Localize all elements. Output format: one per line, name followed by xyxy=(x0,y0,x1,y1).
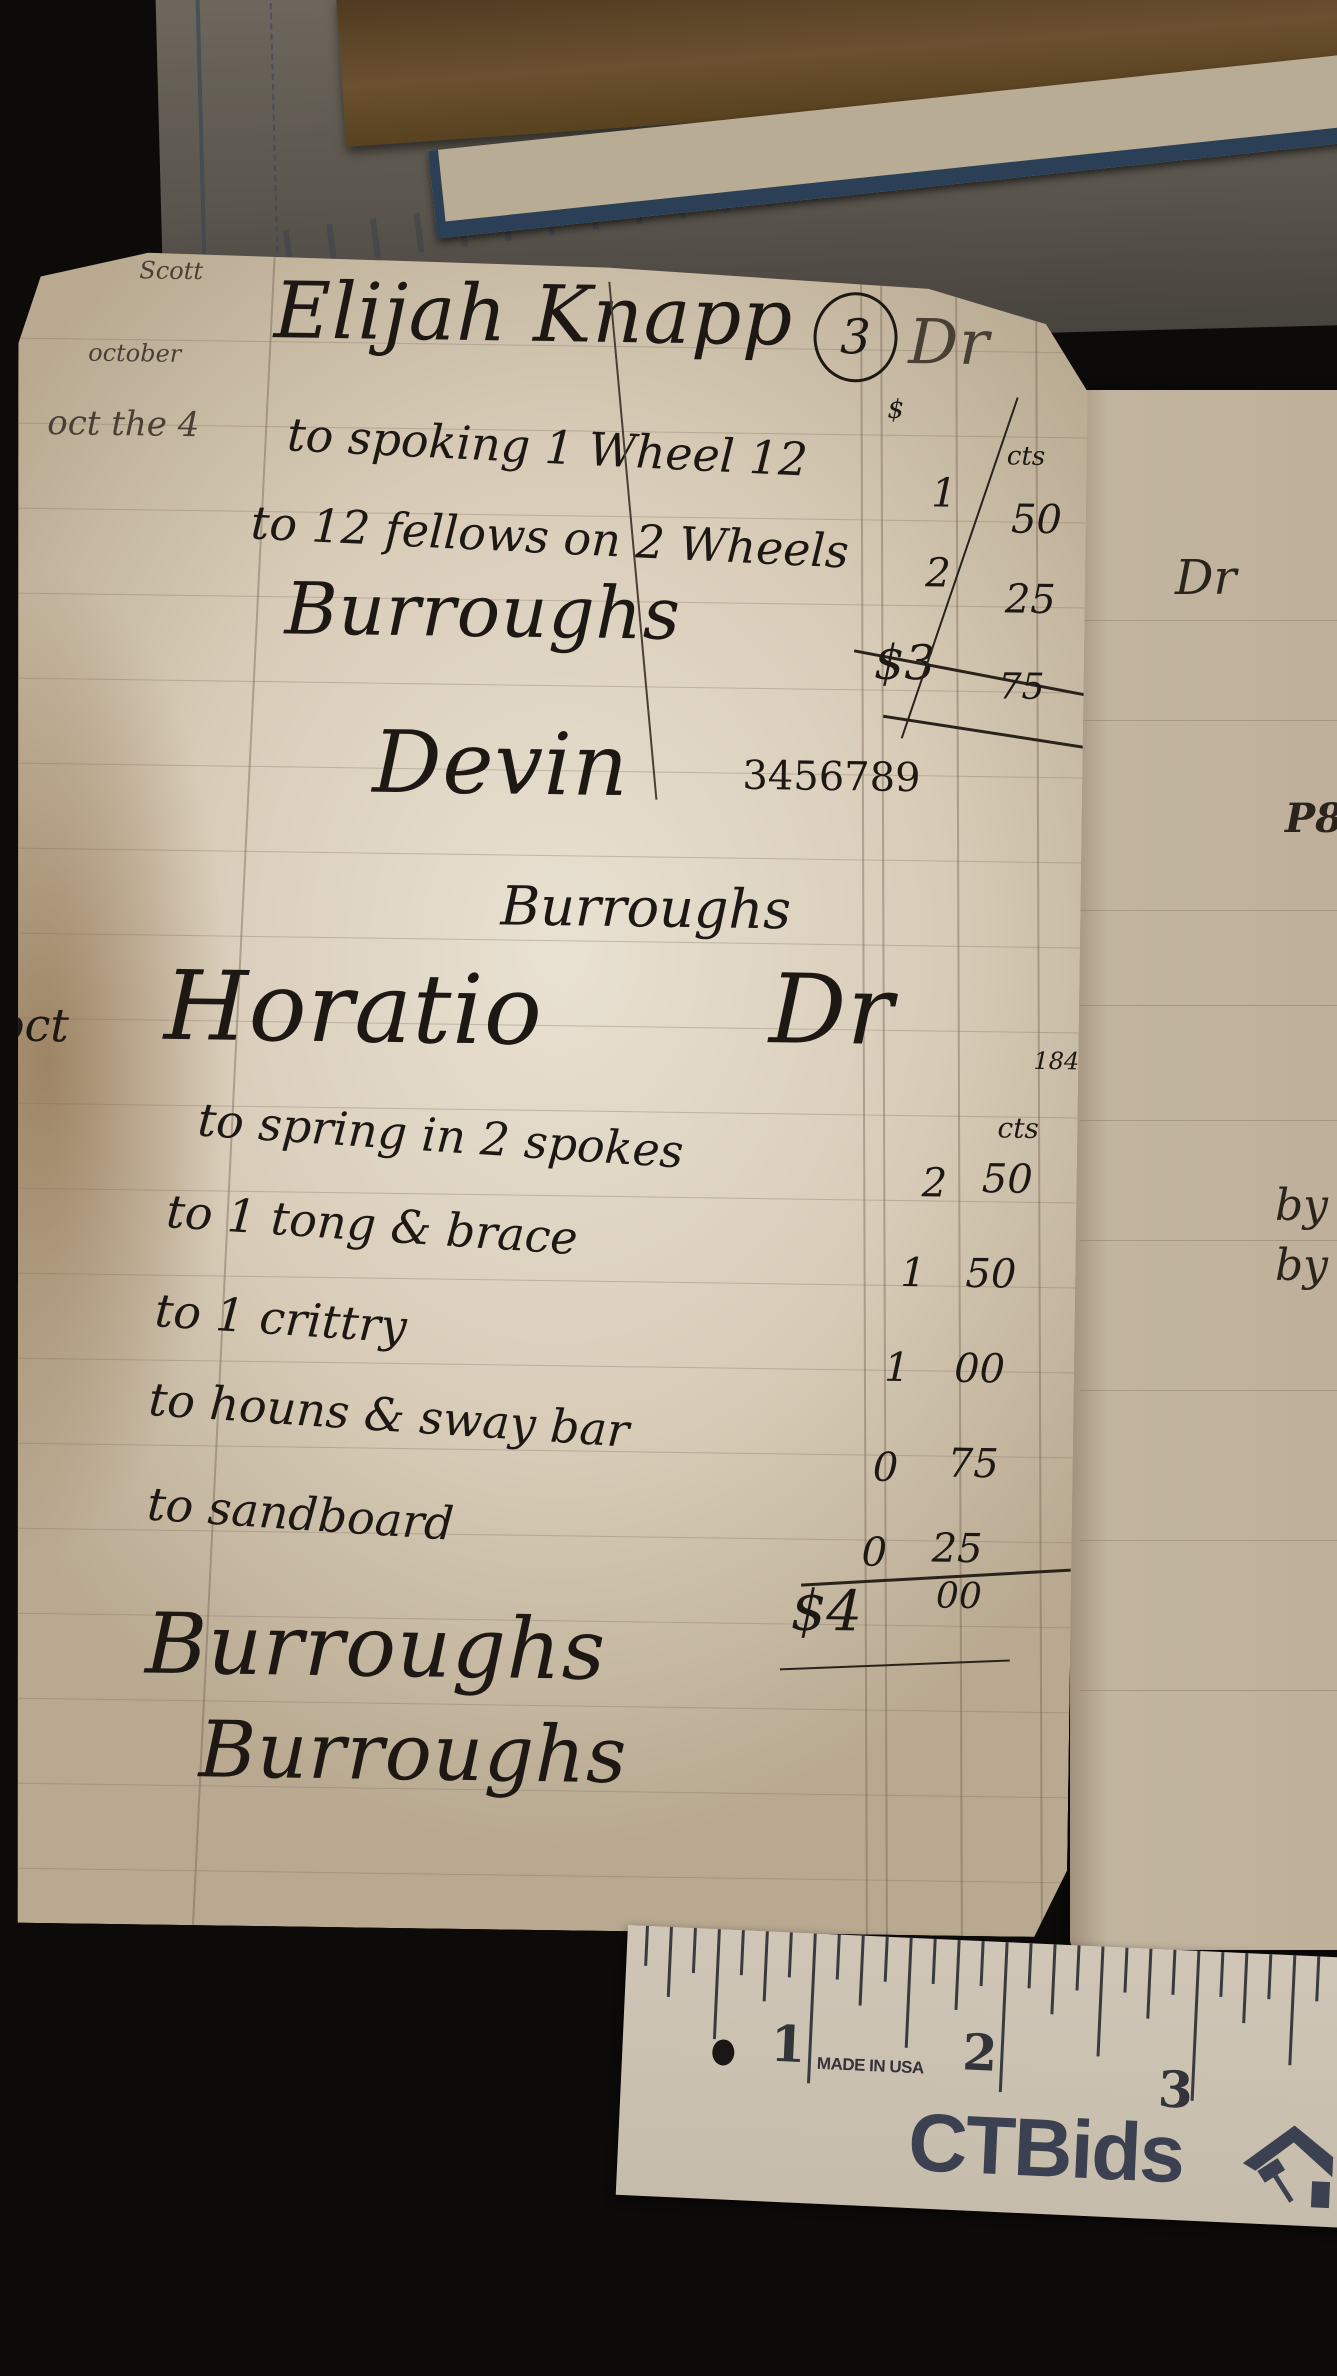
margin-note-month: october xyxy=(88,339,181,368)
ledger-page: Scott october oct the 4 oct Elijah Knapp… xyxy=(0,243,1090,1938)
line-item-description: to spring in 2 spokes xyxy=(196,1093,685,1179)
entry-total-dollars: $4 xyxy=(790,1579,862,1645)
line-item-cents: 50 xyxy=(965,1251,1017,1298)
practice-signature: Burroughs xyxy=(500,874,791,941)
line-item-description: to 1 crittry xyxy=(153,1283,408,1354)
right-page-mark: P8 xyxy=(1285,795,1337,842)
entry-total-cents: 00 xyxy=(936,1576,982,1618)
line-item-cents: 50 xyxy=(1011,496,1063,543)
right-page-mark: by xyxy=(1275,1240,1328,1291)
photo-scene: Dr P8 by by Scott october oct xyxy=(0,0,1337,2376)
debit-label: Dr xyxy=(768,953,894,1067)
line-item-description: to 1 tong & brace xyxy=(165,1184,580,1265)
right-page: Dr P8 by by xyxy=(1070,390,1337,1950)
circled-number: 3 xyxy=(813,292,898,383)
right-page-mark: by xyxy=(1275,1180,1328,1231)
line-item-description: to sandboard xyxy=(146,1477,456,1551)
line-item-cents: 00 xyxy=(954,1346,1006,1393)
line-item-dollars: 1 xyxy=(884,1345,910,1391)
practice-digits: 3456789 xyxy=(742,753,921,801)
debit-label: Dr xyxy=(908,305,990,379)
ruler-made-in-label: MADE IN USA xyxy=(816,2054,924,2079)
margin-note-date: oct the 4 xyxy=(47,403,200,445)
right-page-mark: Dr xyxy=(1175,550,1236,606)
ruler-hole xyxy=(712,2039,735,2066)
line-item-dollars: 0 xyxy=(861,1529,887,1575)
line-item-cents: 50 xyxy=(981,1156,1033,1203)
brand-logo-text: CTBids xyxy=(906,2096,1185,2202)
practice-word: Devin xyxy=(372,713,630,817)
line-item-dollars: 2 xyxy=(925,550,951,596)
signature: Burroughs xyxy=(145,1595,607,1699)
line-item-dollars: 1 xyxy=(900,1250,926,1296)
line-item-cents: 25 xyxy=(1005,576,1057,623)
dollar-column-header: $ xyxy=(887,395,904,425)
account-name: Elijah Knapp xyxy=(273,266,794,363)
line-item-cents: 75 xyxy=(948,1441,1000,1488)
cents-column-header: cts xyxy=(1007,441,1046,472)
measuring-ruler: 1 MADE IN USA 2 3 CTBids xyxy=(616,1925,1337,2229)
year-label: 184 xyxy=(1033,1047,1079,1076)
margin-note-oct: oct xyxy=(0,997,69,1052)
line-item-dollars: 2 xyxy=(921,1160,947,1206)
signature: Burroughs xyxy=(198,1705,628,1801)
gavel-house-icon xyxy=(1236,2118,1337,2212)
signature: Burroughs xyxy=(284,566,681,656)
line-item-cents: 25 xyxy=(931,1525,983,1572)
line-item-description: to spoking 1 Wheel 12 xyxy=(286,407,809,486)
line-item-dollars: 0 xyxy=(872,1445,898,1491)
ruler-number: 1 xyxy=(769,2014,806,2075)
entry-total-cents: 75 xyxy=(998,666,1044,708)
margin-note: Scott xyxy=(139,256,203,285)
line-item-dollars: 1 xyxy=(931,470,957,516)
cents-column-header: cts xyxy=(997,1111,1039,1145)
account-name: Horatio xyxy=(163,950,543,1067)
ruler-number: 2 xyxy=(961,2022,998,2083)
